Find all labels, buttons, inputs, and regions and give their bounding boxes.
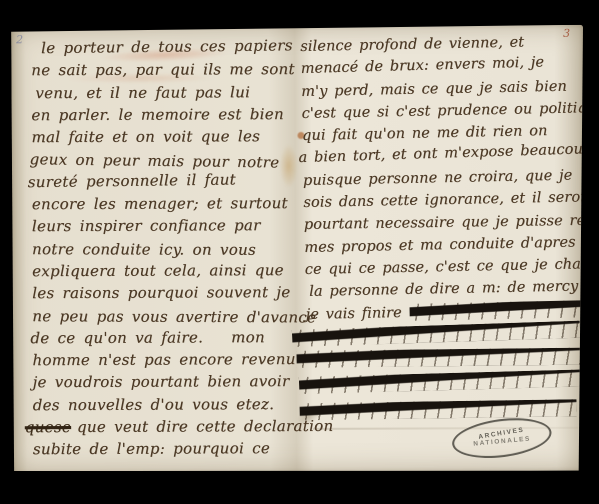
handwriting-line: subite de l'emp: pourquoi ce (33, 437, 299, 460)
handwriting-line: je voudrois pourtant bien avoir (33, 370, 299, 393)
handwriting-line: venu, et il ne faut pas lui (35, 81, 297, 104)
archives-nationales-stamp: ARCHIVES NATIONALES (450, 413, 554, 463)
handwriting-line: queseque veut dire cette declaration (25, 415, 299, 438)
redacted-line (307, 393, 585, 423)
handwriting-line: notre conduite icy. on vous (32, 238, 298, 261)
handwriting-line: mal faite et on voit que les (31, 125, 297, 148)
left-page-handwriting: le porteur de tous ces papiersne sait pa… (31, 36, 299, 461)
struck-out-word: quese (25, 418, 71, 436)
redaction-scribble (410, 301, 585, 322)
handwriting-line: encore les menager; et surtout (32, 192, 298, 215)
handwriting-line: leurs inspirer confiance par (32, 214, 298, 237)
handwriting-line: expliquera tout cela, ainsi que (32, 259, 298, 282)
handwriting-line: sureté personnelle il faut (28, 167, 298, 193)
handwriting-line: ne sait pas, par qui ils me sont (31, 58, 297, 81)
photograph-background: 2 3 le porteur de tous ces papiersne sai… (0, 0, 599, 504)
redaction-scribble (296, 348, 584, 368)
handwriting-line: homme n'est pas encore revenu (32, 348, 298, 371)
redaction-scribble (299, 399, 576, 420)
handwriting-line: des nouvelles d'ou vous etez. (33, 393, 299, 416)
right-page-handwriting: silence profond de vienne, etmenacé de b… (300, 30, 585, 423)
handwriting-line: ne peu pas vous avertire d'avance (32, 305, 298, 328)
handwriting-line: pourtant necessaire que je puisse regle (304, 210, 584, 236)
letter-paper: 2 3 le porteur de tous ces papiersne sai… (11, 25, 585, 473)
handwriting-line: les raisons pourquoi souvent je (32, 281, 298, 304)
page-number-left: 2 (16, 33, 23, 46)
handwriting-line: en parler. le memoire est bien (31, 103, 297, 126)
handwriting-line: le porteur de tous ces papiers (41, 34, 297, 59)
redaction-scribble (299, 370, 585, 395)
handwriting-line: de ce qu'on va faire.mon (30, 326, 298, 349)
